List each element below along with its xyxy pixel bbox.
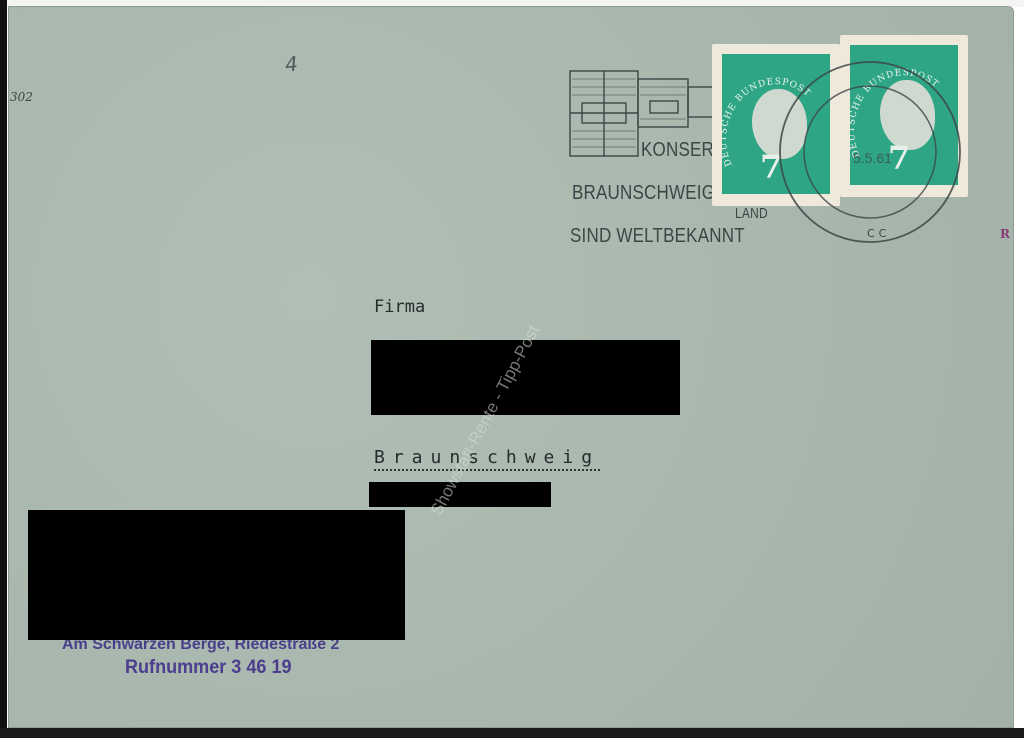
- sender-phone: Rufnummer 3 46 19: [125, 657, 292, 679]
- pencil-note-number: 302: [10, 90, 33, 104]
- scan-edge-left: [0, 0, 7, 738]
- scan-edge-bottom: [0, 728, 1024, 738]
- pencil-note-r: R: [1000, 227, 1010, 241]
- redaction-bar: [28, 510, 405, 640]
- pencil-note-mark: 4: [284, 51, 299, 76]
- slogan-line-4: LAND: [735, 205, 768, 222]
- cancel-code: CC: [867, 227, 890, 240]
- slogan-line-5: SIND WELTBEKANNT: [570, 224, 745, 248]
- circular-cancel-icon: 5.5.61: [773, 58, 968, 246]
- recipient-city: Braunschweig: [374, 447, 600, 471]
- svg-text:5.5.61: 5.5.61: [853, 150, 892, 166]
- recipient-line-firma: Firma: [374, 297, 425, 317]
